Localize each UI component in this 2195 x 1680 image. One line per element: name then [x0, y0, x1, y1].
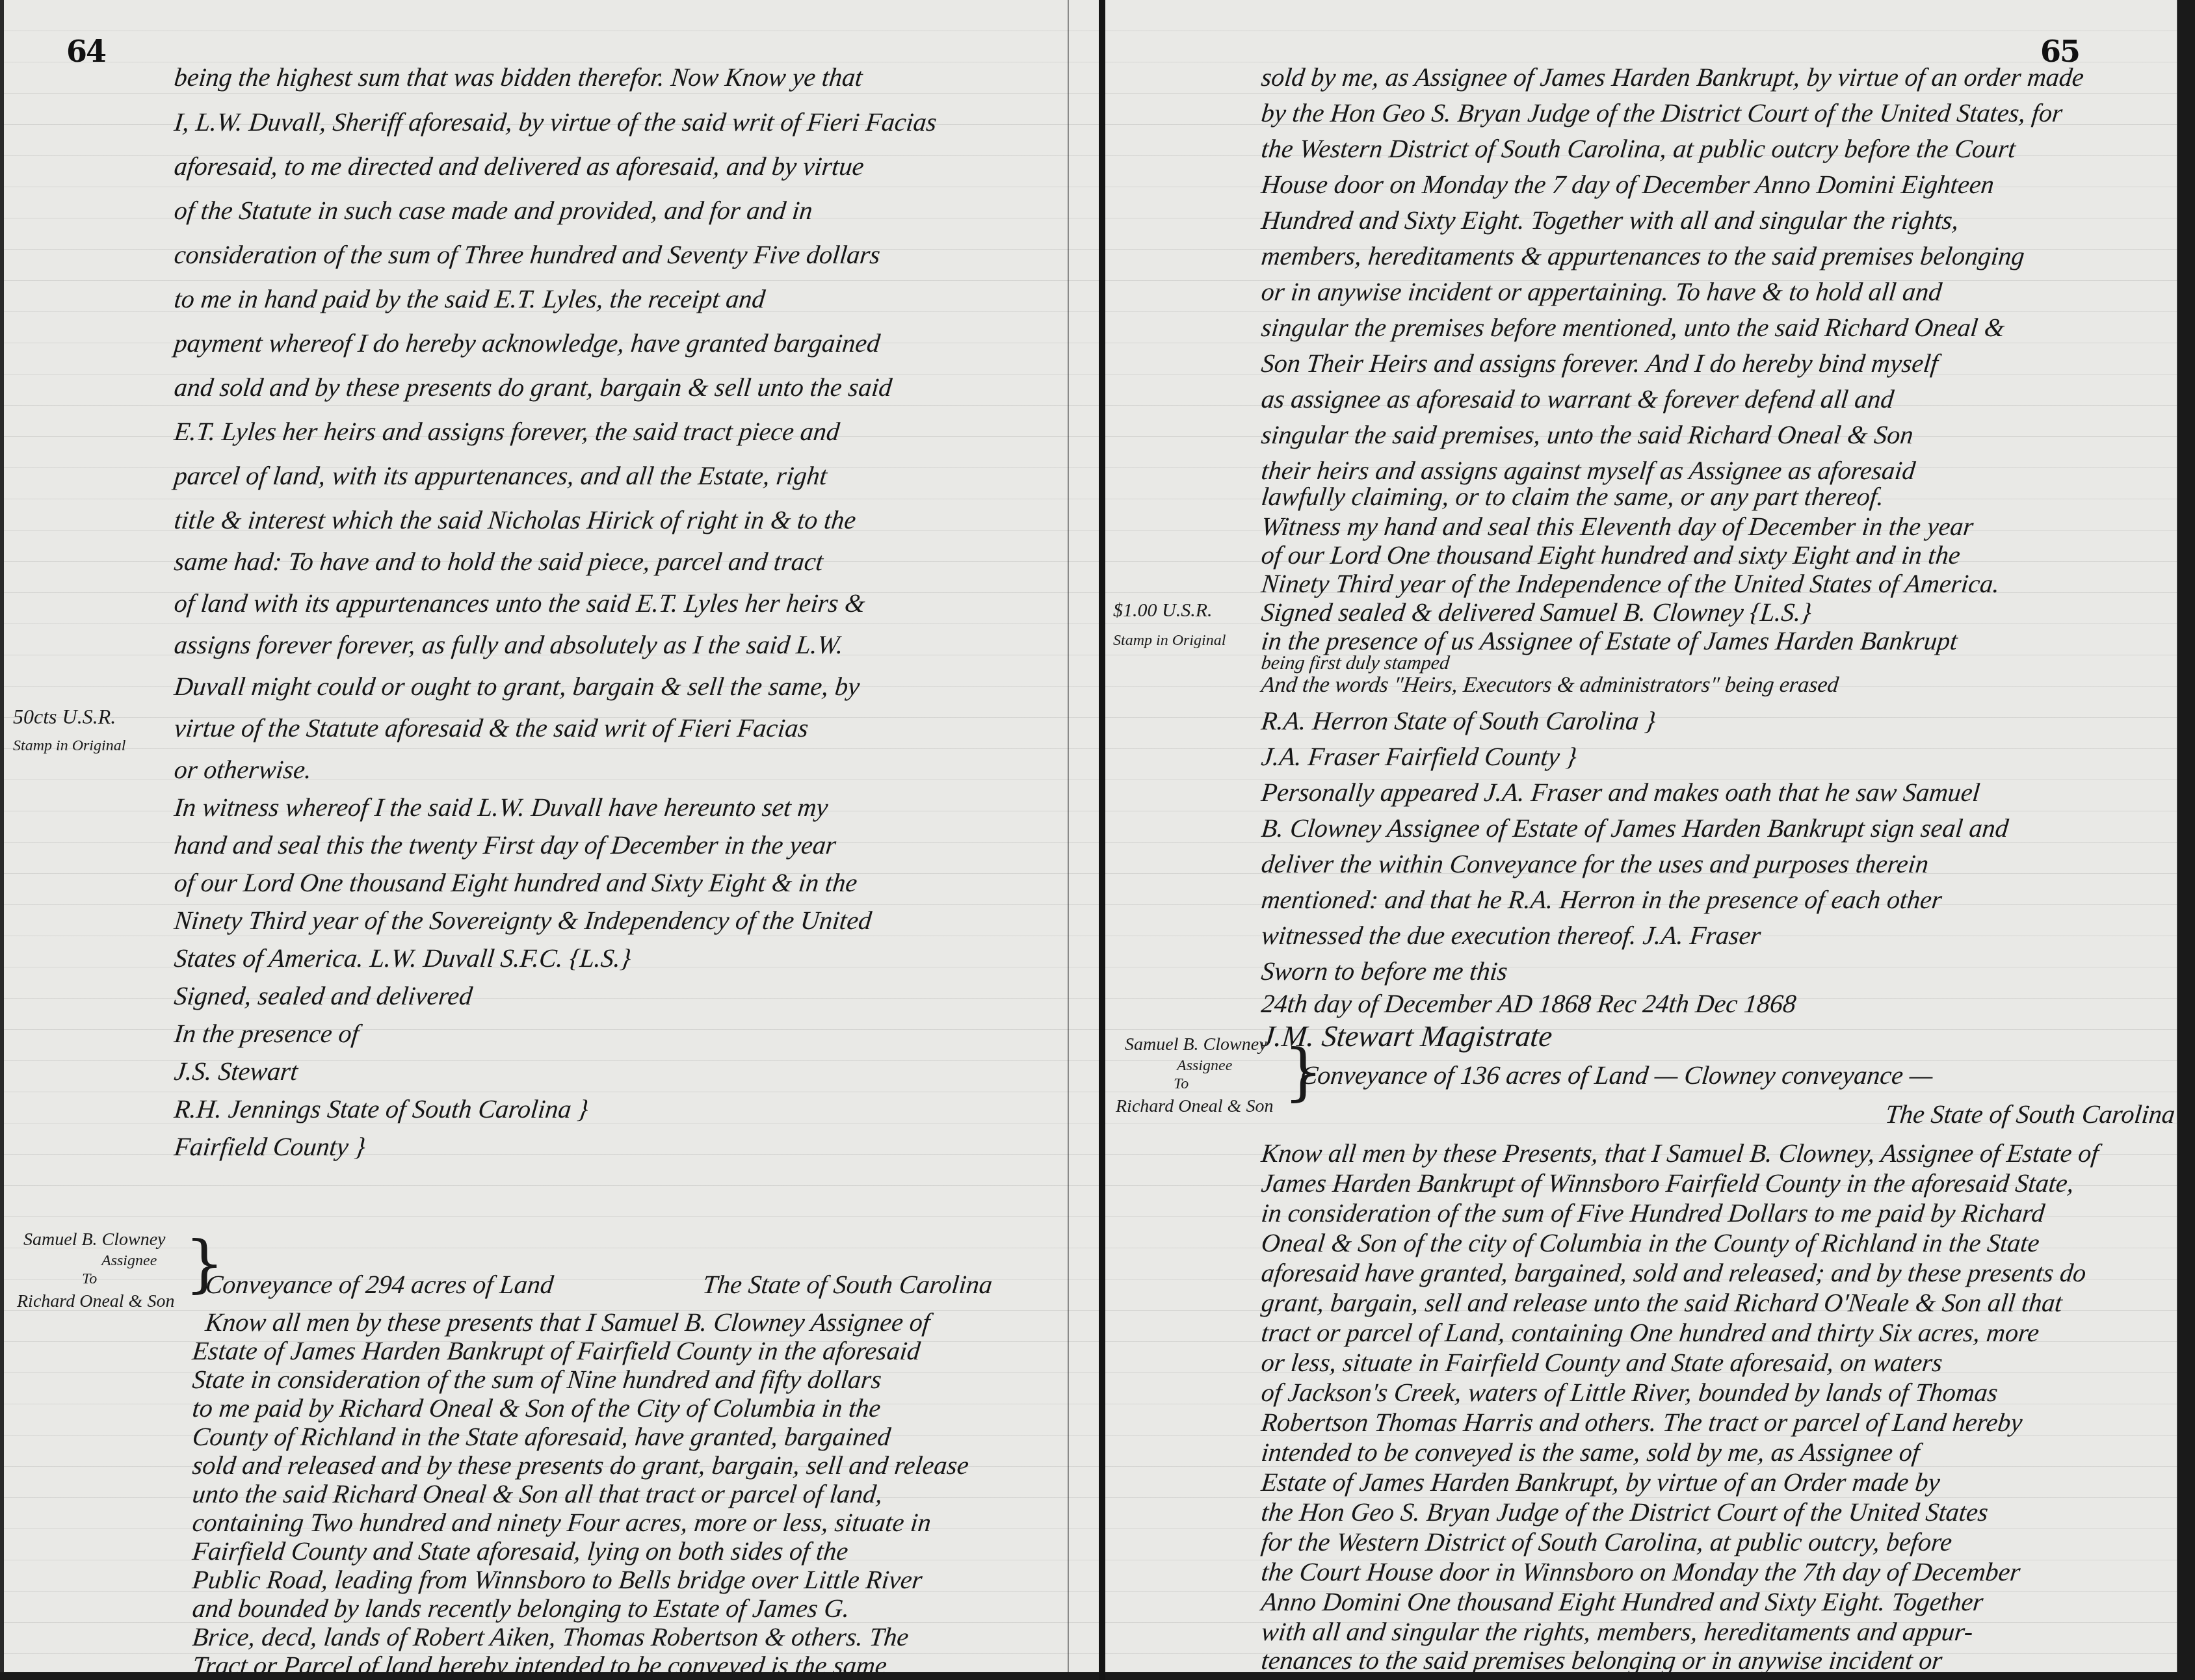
text-line: the Western District of South Carolina, …: [1259, 133, 2017, 164]
text-line: witnessed the due execution thereof. J.A…: [1259, 920, 1762, 951]
text-line: and bounded by lands recently belonging …: [191, 1593, 851, 1624]
index-role: Assignee: [101, 1250, 157, 1272]
index-to: To: [82, 1268, 97, 1290]
text-line: mentioned: and that he R.A. Herron in th…: [1259, 884, 1943, 915]
text-line: singular the premises before mentioned, …: [1259, 312, 2006, 343]
text-line: James Harden Bankrupt of Winnsboro Fairf…: [1259, 1168, 2075, 1199]
index-to: To: [1174, 1073, 1189, 1095]
text-line: Signed sealed & delivered Samuel B. Clow…: [1259, 597, 1813, 628]
text-line: lawfully claiming, or to claim the same,…: [1259, 481, 1885, 512]
text-line: of our Lord One thousand Eight hundred a…: [172, 867, 858, 899]
text-line: Hundred and Sixty Eight. Together with a…: [1259, 205, 1960, 236]
text-line: R.H. Jennings State of South Carolina }: [172, 1094, 590, 1125]
text-line: assigns forever forever, as fully and ab…: [172, 629, 845, 661]
text-line: same had: To have and to hold the said p…: [172, 546, 824, 577]
text-line: or less, situate in Fairfield County and…: [1259, 1347, 1943, 1378]
page-number-left: 64: [66, 34, 105, 69]
text-line: the Hon Geo S. Bryan Judge of the Distri…: [1259, 1497, 1990, 1528]
text-line: Estate of James Harden Bankrupt of Fairf…: [191, 1335, 921, 1367]
text-line: hand and seal this the twenty First day …: [172, 830, 837, 861]
text-line: as assignee as aforesaid to warrant & fo…: [1259, 384, 1895, 415]
right-page: 65 sold by me, as Assignee of James Hard…: [1105, 0, 2178, 1672]
text-line: being the highest sum that was bidden th…: [172, 62, 864, 93]
text-line: Anno Domini One thousand Eight Hundred a…: [1259, 1586, 1984, 1618]
text-line: intended to be conveyed is the same, sol…: [1259, 1437, 1921, 1468]
text-line: Public Road, leading from Winnsboro to B…: [191, 1564, 924, 1595]
text-line: Signed, sealed and delivered: [172, 980, 473, 1012]
book-gutter: [1099, 0, 1105, 1680]
text-line: Know all men by these presents that I Sa…: [204, 1307, 931, 1338]
text-line: State in consideration of the sum of Nin…: [191, 1364, 883, 1395]
text-line: Son Their Heirs and assigns forever. And…: [1259, 348, 1939, 379]
left-page: 64 being the highest sum that was bidden…: [0, 0, 1099, 1672]
text-line: for the Western District of South Caroli…: [1259, 1527, 1953, 1558]
text-line: J.S. Stewart: [172, 1056, 299, 1087]
text-line: Tract or Parcel of land hereby intended …: [191, 1650, 888, 1672]
text-line: Witness my hand and seal this Eleventh d…: [1259, 511, 1975, 542]
text-line: R.A. Herron State of South Carolina }: [1259, 705, 1657, 737]
text-line: of land with its appurtenances unto the …: [172, 588, 867, 619]
index-grantor: Samuel B. Clowney: [23, 1229, 166, 1251]
text-line: title & interest which the said Nicholas…: [172, 505, 857, 536]
text-line: aforesaid have granted, bargained, sold …: [1259, 1257, 2087, 1289]
text-line: And the words "Heirs, Executors & admini…: [1259, 670, 1840, 701]
text-line: House door on Monday the 7 day of Decemb…: [1259, 169, 1995, 200]
text-line: with all and singular the rights, member…: [1259, 1616, 1974, 1647]
text-line: virtue of the Statute aforesaid & the sa…: [172, 713, 809, 744]
state-heading: The State of South Carolina: [1884, 1099, 2176, 1130]
text-line: Fairfield County }: [172, 1131, 367, 1162]
text-line: County of Richland in the State aforesai…: [191, 1421, 892, 1452]
text-line: consideration of the sum of Three hundre…: [172, 239, 882, 270]
text-line: unto the said Richard Oneal & Son all th…: [191, 1478, 884, 1510]
stamp-note-value: $1.00 U.S.R.: [1113, 599, 1213, 622]
text-line: or otherwise.: [172, 754, 313, 785]
text-line: Brice, decd, lands of Robert Aiken, Thom…: [191, 1621, 910, 1653]
text-line: containing Two hundred and ninety Four a…: [191, 1507, 932, 1538]
text-line: and sold and by these presents do grant,…: [172, 372, 893, 403]
text-line: States of America. L.W. Duvall S.F.C. {L…: [172, 943, 632, 974]
text-line: Oneal & Son of the city of Columbia in t…: [1259, 1227, 2041, 1259]
text-line: In witness whereof I the said L.W. Duval…: [172, 792, 829, 823]
text-line: Ninety Third year of the Sovereignty & I…: [172, 905, 873, 936]
stamp-note-value: 50cts U.S.R.: [13, 705, 116, 728]
text-line: payment whereof I do hereby acknowledge,…: [172, 328, 881, 359]
text-line: Ninety Third year of the Independence of…: [1259, 568, 2001, 599]
text-line: tenances to the said premises belonging …: [1259, 1645, 1943, 1672]
entry-title: Conveyance of 294 acres of Land: [204, 1269, 555, 1300]
text-line: I, L.W. Duvall, Sheriff aforesaid, by vi…: [172, 107, 938, 138]
stamp-note-label: Stamp in Original: [1113, 629, 1226, 651]
text-line: sold and released and by these presents …: [191, 1450, 970, 1481]
text-line: Fairfield County and State aforesaid, ly…: [191, 1536, 849, 1567]
stamp-note-label: Stamp in Original: [13, 735, 125, 757]
index-grantee: Richard Oneal & Son: [1116, 1096, 1273, 1118]
margin-rule: [1068, 0, 1069, 1672]
entry-title: Conveyance of 136 acres of Land — Clowne…: [1298, 1060, 1934, 1091]
text-line: Personally appeared J.A. Fraser and make…: [1259, 777, 1981, 808]
text-line: of the Statute in such case made and pro…: [172, 195, 814, 226]
text-line: to me paid by Richard Oneal & Son of the…: [191, 1393, 882, 1424]
text-line: tract or parcel of Land, containing One …: [1259, 1317, 2040, 1348]
text-line: in consideration of the sum of Five Hund…: [1259, 1198, 2046, 1229]
text-line: parcel of land, with its appurtenances, …: [172, 460, 828, 492]
text-line: of our Lord One thousand Eight hundred a…: [1259, 540, 1962, 571]
text-line: Sworn to before me this: [1259, 956, 1509, 987]
text-line: Know all men by these Presents, that I S…: [1259, 1138, 2100, 1169]
text-line: deliver the within Conveyance for the us…: [1259, 848, 1930, 880]
text-line: Estate of James Harden Bankrupt, by virt…: [1259, 1467, 1941, 1498]
text-line: members, hereditaments & appurtenances t…: [1259, 241, 2026, 272]
text-line: to me in hand paid by the said E.T. Lyle…: [172, 283, 767, 315]
text-line: In the presence of: [172, 1018, 360, 1049]
text-line: Robertson Thomas Harris and others. The …: [1259, 1407, 2023, 1438]
text-line: or in anywise incident or appertaining. …: [1259, 276, 1943, 308]
text-line: grant, bargain, sell and release unto th…: [1259, 1287, 2064, 1319]
text-line: sold by me, as Assignee of James Harden …: [1259, 62, 2085, 93]
text-line: E.T. Lyles her heirs and assigns forever…: [172, 416, 841, 447]
index-grantee: Richard Oneal & Son: [17, 1291, 174, 1313]
text-line: of Jackson's Creek, waters of Little Riv…: [1259, 1377, 1999, 1408]
text-line: by the Hon Geo S. Bryan Judge of the Dis…: [1259, 98, 2064, 129]
text-line: B. Clowney Assignee of Estate of James H…: [1259, 813, 2010, 844]
text-line: singular the said premises, unto the sai…: [1259, 419, 1915, 451]
text-line: 24th day of December AD 1868 Rec 24th De…: [1259, 988, 1797, 1019]
state-heading: The State of South Carolina: [701, 1269, 993, 1300]
index-grantor: Samuel B. Clowney: [1125, 1034, 1267, 1056]
text-line: Duvall might could or ought to grant, ba…: [172, 671, 861, 702]
text-line: J.A. Fraser Fairfield County }: [1259, 741, 1578, 772]
text-line: the Court House door in Winnsboro on Mon…: [1259, 1556, 2021, 1588]
text-line: aforesaid, to me directed and delivered …: [172, 151, 865, 182]
